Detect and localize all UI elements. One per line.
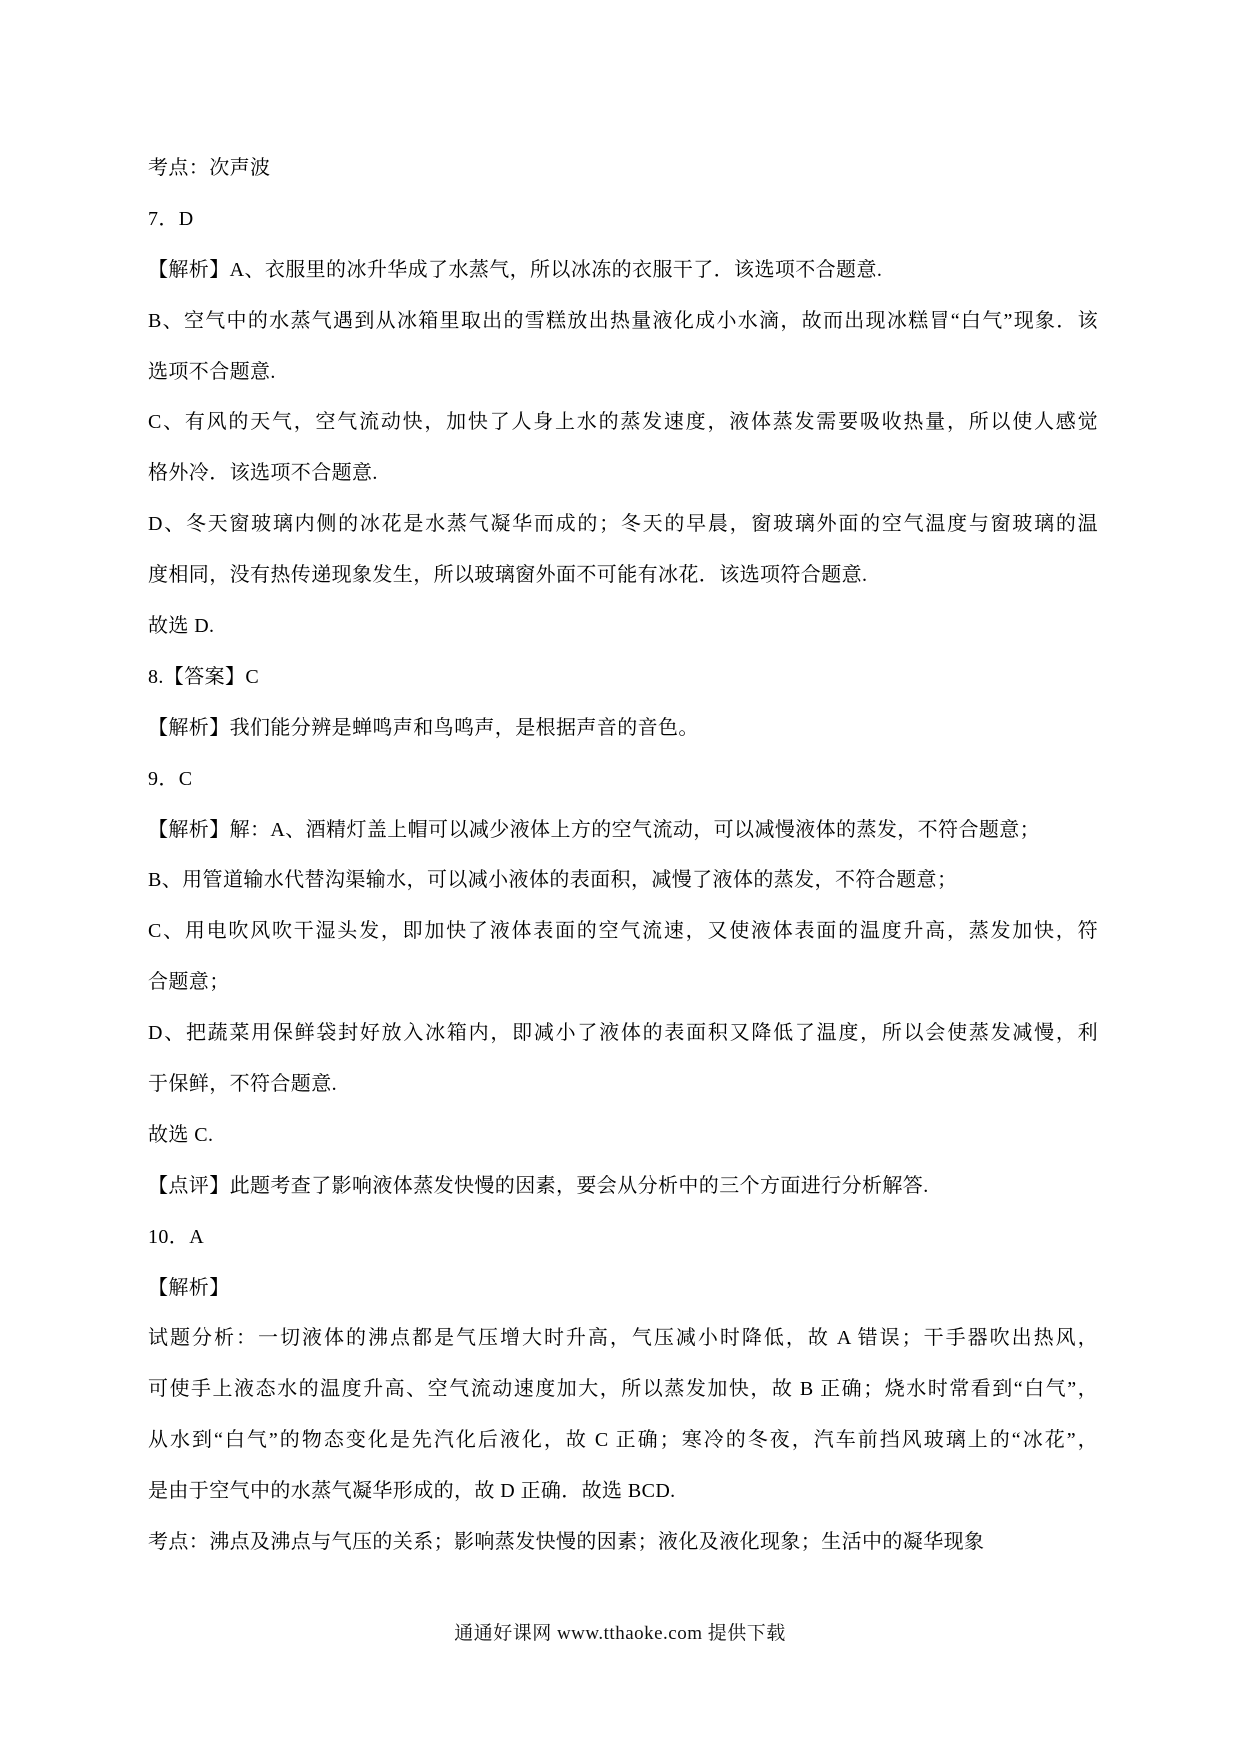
answer-q7: 7．D <box>148 194 1098 245</box>
conclusion-q9: 故选 C. <box>148 1110 1098 1161</box>
analysis-q9-option-a: 【解析】解：A、酒精灯盖上帽可以减少液体上方的空气流动，可以减慢液体的蒸发，不符… <box>148 805 1098 856</box>
conclusion-q7: 故选 D. <box>148 601 1098 652</box>
analysis-q9-option-d-cont: 于保鲜，不符合题意. <box>148 1059 1098 1110</box>
answer-q8: 8.【答案】C <box>148 652 1098 703</box>
analysis-q8: 【解析】我们能分辨是蝉鸣声和鸟鸣声，是根据声音的音色。 <box>148 703 1098 754</box>
analysis-q9-option-c: C、用电吹风吹干湿头发，即加快了液体表面的空气流速，又使液体表面的温度升高，蒸发… <box>148 906 1098 957</box>
analysis-q9-option-d: D、把蔬菜用保鲜袋封好放入冰箱内，即减小了液体的表面积又降低了温度，所以会使蒸发… <box>148 1008 1098 1059</box>
analysis-q10-line-4: 是由于空气中的水蒸气凝华形成的，故 D 正确．故选 BCD. <box>148 1466 1098 1517</box>
document-page: 考点：次声波7．D【解析】A、衣服里的冰升华成了水蒸气，所以冰冻的衣服干了．该选… <box>0 0 1240 1754</box>
analysis-q10-line-3: 从水到“白气”的物态变化是先汽化后液化，故 C 正确；寒冷的冬夜，汽车前挡风玻璃… <box>148 1415 1098 1466</box>
analysis-q7-option-b-cont: 选项不合题意. <box>148 347 1098 398</box>
comment-q9: 【点评】此题考查了影响液体蒸发快慢的因素，要会从分析中的三个方面进行分析解答. <box>148 1161 1098 1212</box>
exam-point-q10: 考点：沸点及沸点与气压的关系；影响蒸发快慢的因素；液化及液化现象；生活中的凝华现… <box>148 1517 1098 1568</box>
footer-watermark: 通通好课网 www.tthaoke.com 提供下载 <box>0 1620 1240 1648</box>
analysis-q9-option-c-cont: 合题意； <box>148 957 1098 1008</box>
exam-point-q6: 考点：次声波 <box>148 143 1098 194</box>
analysis-q7-option-a: 【解析】A、衣服里的冰升华成了水蒸气，所以冰冻的衣服干了．该选项不合题意. <box>148 245 1098 296</box>
analysis-q7-option-d-cont: 度相同，没有热传递现象发生，所以玻璃窗外面不可能有冰花．该选项符合题意. <box>148 550 1098 601</box>
analysis-q7-option-d: D、冬天窗玻璃内侧的冰花是水蒸气凝华而成的；冬天的早晨，窗玻璃外面的空气温度与窗… <box>148 499 1098 550</box>
answer-q9: 9．C <box>148 754 1098 805</box>
analysis-q10-line-2: 可使手上液态水的温度升高、空气流动速度加大，所以蒸发加快，故 B 正确；烧水时常… <box>148 1364 1098 1415</box>
document-body: 考点：次声波7．D【解析】A、衣服里的冰升华成了水蒸气，所以冰冻的衣服干了．该选… <box>148 143 1098 1568</box>
analysis-q7-option-b: B、空气中的水蒸气遇到从冰箱里取出的雪糕放出热量液化成小水滴，故而出现冰糕冒“白… <box>148 296 1098 347</box>
analysis-q7-option-c: C、有风的天气，空气流动快，加快了人身上水的蒸发速度，液体蒸发需要吸收热量，所以… <box>148 397 1098 448</box>
answer-q10: 10．A <box>148 1212 1098 1263</box>
analysis-q10-header: 【解析】 <box>148 1263 1098 1314</box>
analysis-q7-option-c-cont: 格外冷．该选项不合题意. <box>148 448 1098 499</box>
analysis-q10-line-1: 试题分析：一切液体的沸点都是气压增大时升高，气压减小时降低，故 A 错误；干手器… <box>148 1313 1098 1364</box>
analysis-q9-option-b: B、用管道输水代替沟渠输水，可以减小液体的表面积，减慢了液体的蒸发，不符合题意； <box>148 855 1098 906</box>
